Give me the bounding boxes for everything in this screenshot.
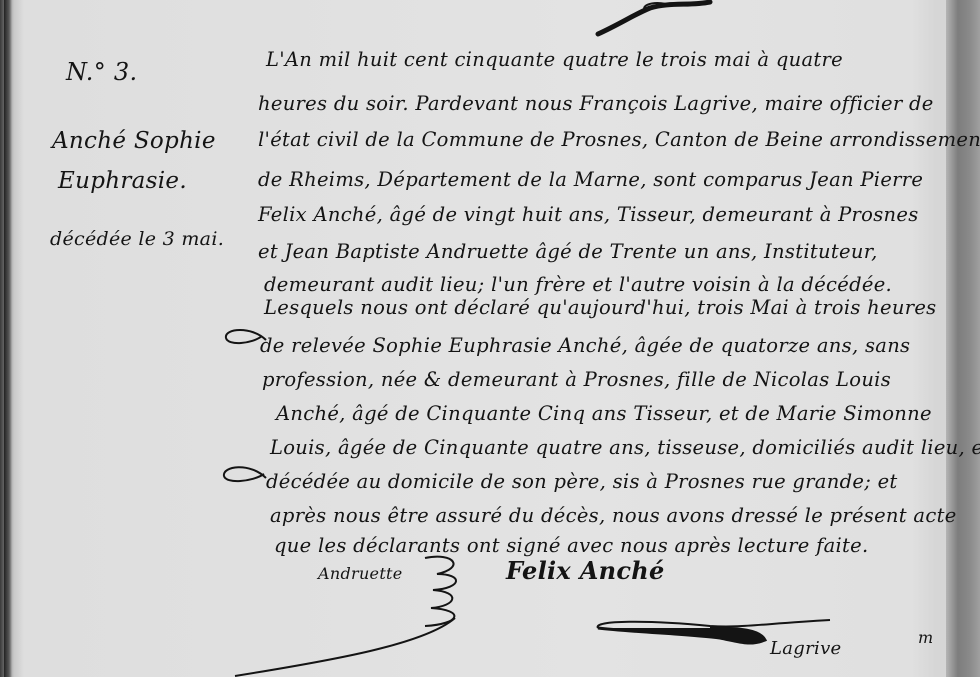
- capital-loop: [220, 458, 272, 490]
- body-line: de Rheims, Département de la Marne, sont…: [258, 168, 923, 191]
- body-line: Anché, âgé de Cinquante Cinq ans Tisseur…: [276, 402, 932, 425]
- signature-mayor: Lagrive: [770, 638, 842, 659]
- signature-paraph: [225, 548, 495, 677]
- scanned-register-page: N.° 3. Anché Sophie Euphrasie. décédée l…: [0, 0, 980, 677]
- margin-name-line2: Euphrasie.: [58, 168, 187, 194]
- body-line: heures du soir. Pardevant nous François …: [258, 92, 934, 115]
- top-flourish: [590, 0, 730, 40]
- page-edge: [946, 0, 980, 677]
- margin-name-line1: Anché Sophie: [52, 128, 216, 154]
- body-line: décédée au domicile de son père, sis à P…: [266, 470, 898, 493]
- body-line: demeurant audit lieu; l'un frère et l'au…: [264, 273, 892, 296]
- body-line: et Jean Baptiste Andruette âgé de Trente…: [258, 240, 878, 263]
- signature-declarant: Felix Anché: [506, 556, 665, 585]
- binding-shadow: [4, 0, 12, 677]
- capital-loop: [222, 322, 272, 352]
- body-line: profession, née & demeurant à Prosnes, f…: [262, 368, 891, 391]
- margin-death-note: décédée le 3 mai.: [50, 228, 224, 250]
- body-line: Louis, âgée de Cinquante quatre ans, tis…: [270, 436, 980, 459]
- body-line: Lesquels nous ont déclaré qu'aujourd'hui…: [264, 296, 937, 319]
- body-line: L'An mil huit cent cinquante quatre le t…: [266, 48, 843, 71]
- record-number: N.° 3.: [66, 58, 137, 86]
- body-line: l'état civil de la Commune de Prosnes, C…: [258, 128, 980, 151]
- signature-mayor-suffix: m: [918, 628, 933, 647]
- body-line: Felix Anché, âgé de vingt huit ans, Tiss…: [258, 203, 919, 226]
- body-line: de relevée Sophie Euphrasie Anché, âgée …: [260, 334, 910, 357]
- body-line: après nous être assuré du décès, nous av…: [270, 504, 957, 527]
